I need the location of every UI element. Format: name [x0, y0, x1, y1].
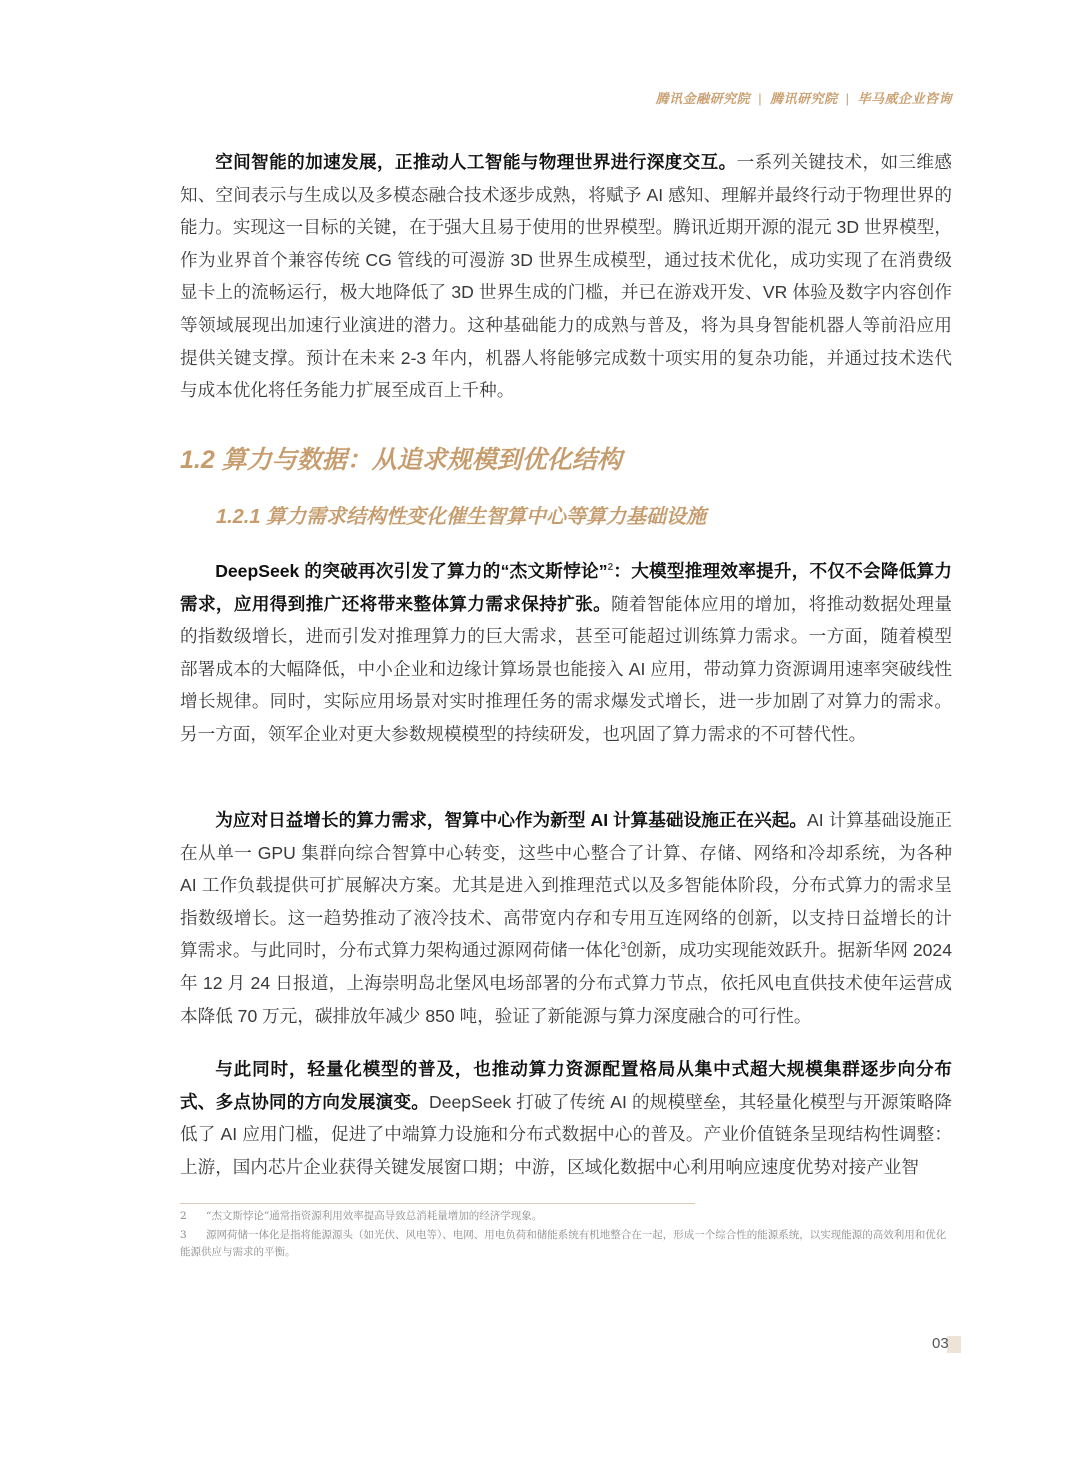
paragraph-jevons: DeepSeek 的突破再次引发了算力的“杰文斯悖论”2：大模型推理效率提升，不…: [180, 555, 952, 751]
paragraph-body: AI 计算基础设施正在从单一 GPU 集群向综合智算中心转变，这些中心整合了计算…: [180, 810, 952, 960]
page-number-accent: [947, 1336, 961, 1353]
paragraph-body: 一系列关键技术，如三维感知、空间表示与生成以及多模态融合技术逐步成熟，将赋予 A…: [180, 152, 952, 400]
footnote-2: 2“杰文斯悖论”通常指资源利用效率提高导致总消耗量增加的经济学现象。: [180, 1208, 952, 1225]
header-org-2: 腾讯研究院: [770, 91, 838, 106]
paragraph-lead: 为应对日益增长的算力需求，智算中心作为新型 AI 计算基础设施正在兴起。: [215, 810, 807, 830]
footnote-3: 3源网荷储一体化是指将能源源头（如光伏、风电等）、电网、用电负荷和储能系统有机地…: [180, 1227, 952, 1261]
page-header: 腾讯金融研究院|腾讯研究院|毕马威企业咨询: [656, 88, 952, 107]
paragraph-spatial-intelligence: 空间智能的加速发展，正推动人工智能与物理世界进行深度交互。一系列关键技术，如三维…: [180, 146, 952, 407]
header-separator: |: [846, 91, 850, 106]
footnote-divider: [180, 1203, 695, 1204]
header-org-1: 腾讯金融研究院: [656, 91, 751, 106]
paragraph-computing-centers: 为应对日益增长的算力需求，智算中心作为新型 AI 计算基础设施正在兴起。AI 计…: [180, 804, 952, 1032]
subsection-heading: 1.2.1 算力需求结构性变化催生智算中心等算力基础设施: [216, 500, 706, 529]
header-org-3: 毕马威企业咨询: [857, 91, 952, 106]
paragraph-lead: 空间智能的加速发展，正推动人工智能与物理世界进行深度交互。: [215, 152, 736, 172]
paragraph-body: 随着智能体应用的增加，将推动数据处理量的指数级增长，进而引发对推理算力的巨大需求…: [180, 594, 952, 744]
header-separator: |: [758, 91, 762, 106]
footnotes: 2“杰文斯悖论”通常指资源利用效率提高导致总消耗量增加的经济学现象。 3源网荷储…: [180, 1208, 952, 1263]
page-number: 03: [932, 1335, 949, 1352]
section-heading: 1.2 算力与数据：从追求规模到优化结构: [180, 440, 622, 476]
paragraph-lightweight-models: 与此同时，轻量化模型的普及，也推动算力资源配置格局从集中式超大规模集群逐步向分布…: [180, 1053, 952, 1183]
